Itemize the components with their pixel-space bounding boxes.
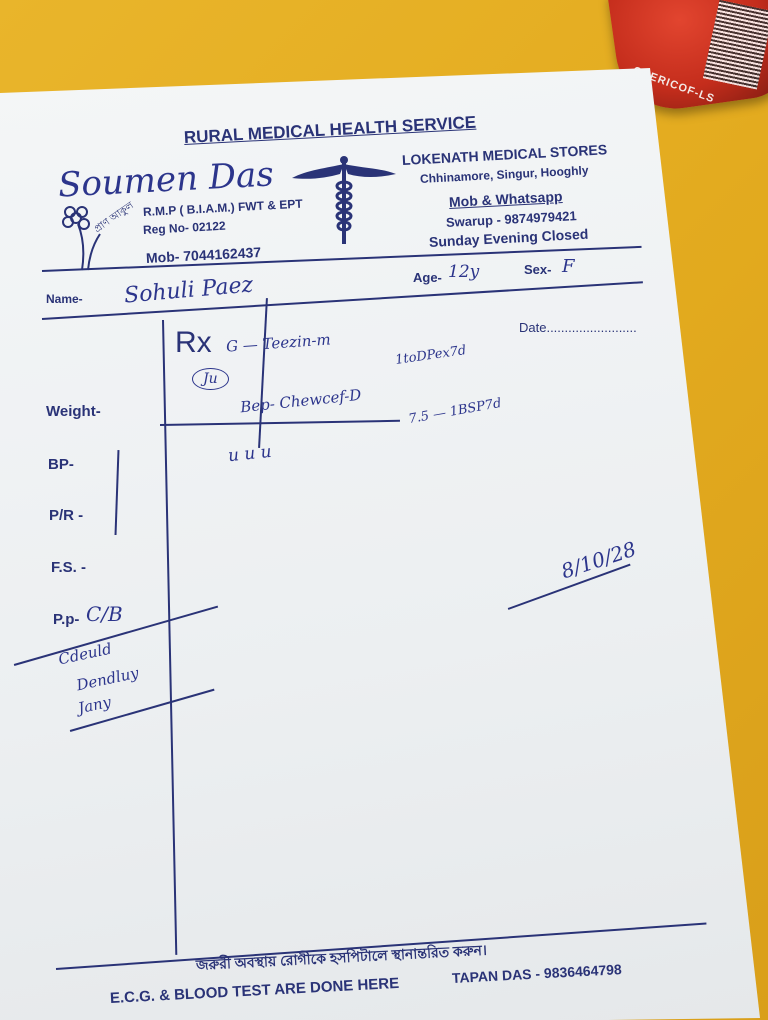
weight-label: Weight- xyxy=(46,403,101,420)
patient-age: 12y xyxy=(448,262,479,282)
caduceus-icon xyxy=(292,156,396,246)
pp-label: P.p- xyxy=(53,611,79,628)
barcode-label xyxy=(703,0,768,90)
pr-label: P/R - xyxy=(49,507,83,524)
rx-circled: Ju xyxy=(192,368,229,390)
fs-label: F.S. - xyxy=(51,559,86,576)
sex-label: Sex- xyxy=(524,262,551,277)
age-label: Age- xyxy=(413,270,442,285)
pp-value: C/B xyxy=(86,602,123,626)
name-label: Name- xyxy=(46,292,83,306)
date-field[interactable]: Date......................... xyxy=(519,320,637,335)
patient-sex: F xyxy=(562,256,575,277)
rx-symbol: Rx xyxy=(175,326,212,360)
bp-label: BP- xyxy=(48,456,74,473)
